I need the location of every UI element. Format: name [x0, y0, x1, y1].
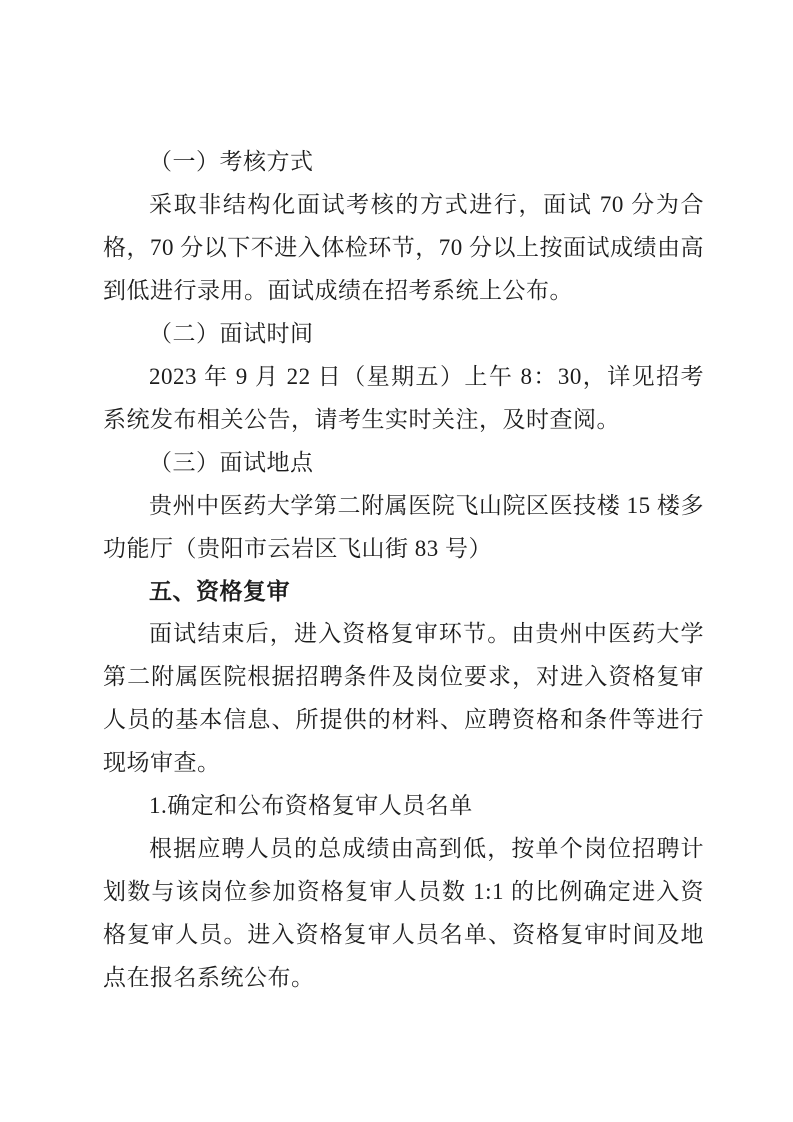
- section-heading-assessment-method: （一）考核方式: [103, 140, 704, 183]
- document-page: （一）考核方式 采取非结构化面试考核的方式进行，面试 70 分为合格，70 分以…: [0, 0, 793, 1122]
- document-content: （一）考核方式 采取非结构化面试考核的方式进行，面试 70 分为合格，70 分以…: [103, 140, 704, 999]
- chapter-heading-qualification-review: 五、资格复审: [103, 570, 704, 612]
- paragraph-interview-time: 2023 年 9 月 22 日（星期五）上午 8：30，详见招考系统发布相关公告…: [103, 355, 704, 441]
- section-heading-interview-time: （二）面试时间: [103, 312, 704, 355]
- paragraph-qualification-review-intro: 面试结束后，进入资格复审环节。由贵州中医药大学第二附属医院根据招聘条件及岗位要求…: [103, 612, 704, 784]
- paragraph-assessment-method: 采取非结构化面试考核的方式进行，面试 70 分为合格，70 分以下不进入体检环节…: [103, 183, 704, 312]
- paragraph-confirm-publish-list: 根据应聘人员的总成绩由高到低，按单个岗位招聘计划数与该岗位参加资格复审人员数 1…: [103, 827, 704, 999]
- subheading-confirm-publish-list: 1.确定和公布资格复审人员名单: [103, 784, 704, 827]
- paragraph-interview-location: 贵州中医药大学第二附属医院飞山院区医技楼 15 楼多功能厅（贵阳市云岩区飞山街 …: [103, 484, 704, 570]
- section-heading-interview-location: （三）面试地点: [103, 441, 704, 484]
